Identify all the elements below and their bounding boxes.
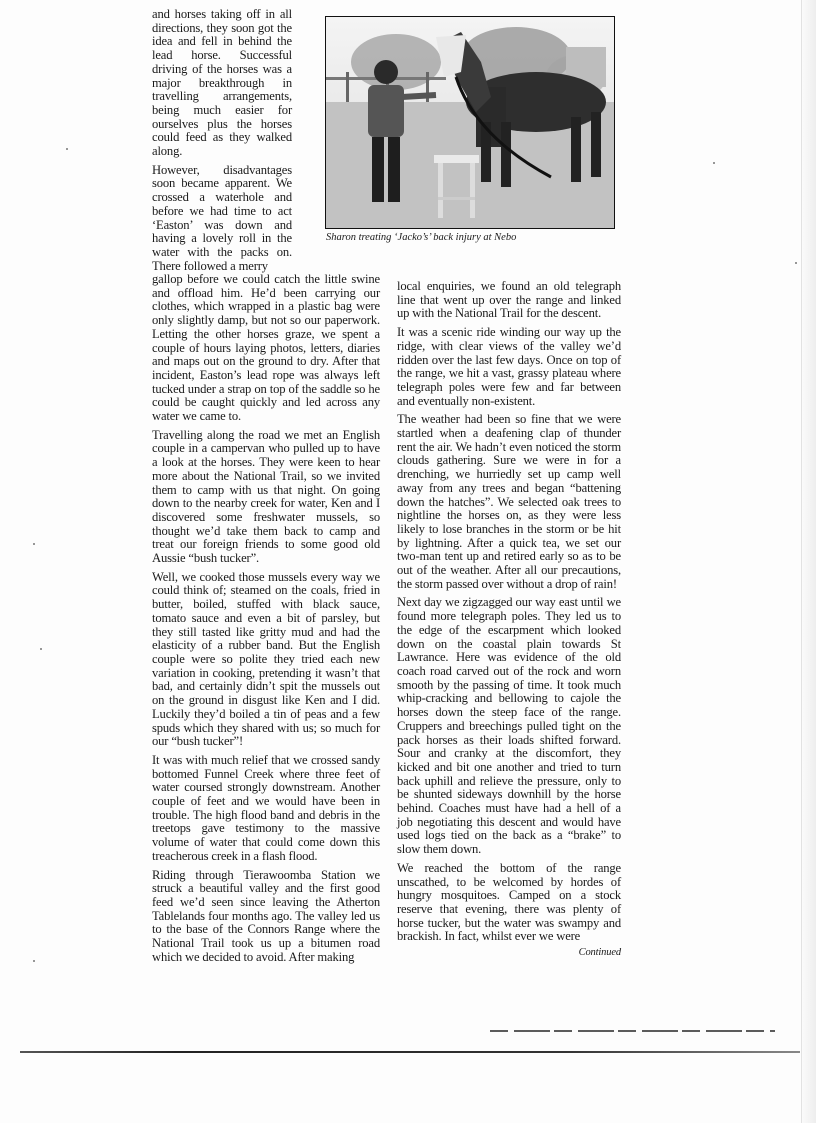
photo-caption: Sharon treating ‘Jacko’s’ back injury at… <box>326 232 586 244</box>
paragraph: However, disadvantages soon became appar… <box>152 164 292 274</box>
scan-speck <box>795 262 797 264</box>
scan-speck <box>33 543 35 545</box>
article-column-right: local enquiries, we found an old telegra… <box>397 280 621 960</box>
paragraph: Riding through Tierawoomba Station we st… <box>152 869 380 965</box>
paragraph: We reached the bottom of the range unsca… <box>397 862 621 944</box>
paragraph: gallop before we could catch the little … <box>152 273 380 424</box>
paragraph: It was with much relief that we crossed … <box>152 754 380 864</box>
paragraph: It was a scenic ride winding our way up … <box>397 326 621 408</box>
page-edge <box>801 0 816 1123</box>
scan-speck <box>713 162 715 164</box>
scan-speck <box>66 148 68 150</box>
article-photo <box>325 16 615 229</box>
article-column-left: gallop before we could catch the little … <box>152 273 380 969</box>
paragraph: Travelling along the road we met an Engl… <box>152 429 380 566</box>
paragraph: Next day we zigzagged our way east until… <box>397 596 621 856</box>
paragraph: Well, we cooked those mussels every way … <box>152 571 380 749</box>
paragraph: local enquiries, we found an old telegra… <box>397 280 621 321</box>
scan-speck <box>33 960 35 962</box>
paragraph: and horses taking off in all directions,… <box>152 8 292 159</box>
paragraph: The weather had been so fine that we wer… <box>397 413 621 591</box>
bottom-rule <box>20 1051 800 1053</box>
scan-speck <box>40 648 42 650</box>
article-column-left-top: and horses taking off in all directions,… <box>152 8 292 273</box>
horse-photo-illustration <box>326 17 615 229</box>
dashed-divider <box>490 1030 775 1032</box>
continued-label: Continued <box>397 946 621 960</box>
